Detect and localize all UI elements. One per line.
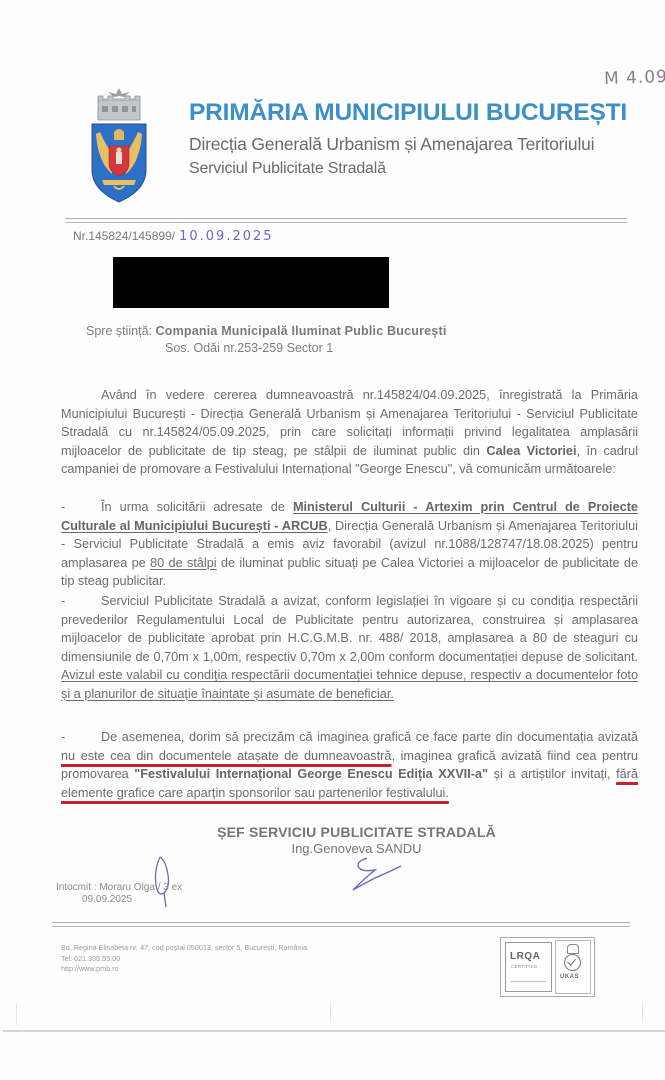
handwritten-initials-icon	[150, 853, 178, 909]
cc-address: Sos. Odăi nr.253-259 Sector 1	[165, 341, 333, 355]
header-divider	[65, 218, 627, 223]
ukas-badge: UKAS	[555, 940, 591, 994]
reference-number-text: Nr.145824/145899/	[73, 229, 175, 243]
scan-artifact	[330, 1003, 331, 1021]
festival-name: "Festivalului Internațional George Enesc…	[134, 767, 488, 781]
checkmark-circle-icon	[564, 954, 581, 971]
cc-name: Compania Municipală Iluminat Public Bucu…	[156, 324, 447, 338]
prepared-by: Intocmit : Moraru Olga / 3 ex	[56, 882, 182, 893]
page-bottom-edge	[3, 1030, 665, 1032]
redacted-recipient-block	[113, 257, 389, 308]
crown-icon	[567, 944, 579, 954]
lrqa-badge: LRQA CERTIFIED	[505, 942, 552, 992]
certification-badges: LRQA CERTIFIED UKAS	[500, 937, 595, 997]
red-underlined-statement-1: nu este cea din documentele atașate de d…	[61, 749, 391, 763]
body-paragraph-3: -Serviciul Publicitate Stradală a avizat…	[61, 592, 638, 704]
scan-artifact	[16, 1003, 17, 1025]
cc-line: Spre știință: Compania Municipală Ilumin…	[86, 324, 447, 338]
footer-contact: Bd. Regina Elisabeta nr. 47, cod poștal …	[61, 943, 307, 975]
service-name: Serviciul Publicitate Stradală	[189, 160, 386, 178]
signatory-name: Ing.Genoveva SANDU	[0, 841, 665, 856]
scan-artifact	[642, 1003, 643, 1021]
body-paragraph-2: -În urma solicitării adresate de Ministe…	[61, 498, 638, 591]
validity-condition: Avizul este valabil cu condiția respectă…	[61, 668, 638, 701]
handwritten-date: 10.09.2025	[179, 229, 273, 244]
handwritten-signature-icon	[345, 852, 405, 896]
handwritten-corner-note: M 4.09	[604, 67, 665, 89]
poles-count: 80 de stâlpi	[150, 556, 217, 570]
street-name: Calea Victoriei	[486, 444, 576, 458]
reference-number: Nr.145824/145899/10.09.2025	[73, 229, 274, 244]
body-paragraph-4: -De asemenea, dorim să precizăm că imagi…	[61, 728, 638, 802]
footer-phone: Tel: 021.305.55.00	[61, 954, 307, 965]
scanned-letter-page: M 4.09 PRIMĂRIA MUNICIPIULUI BUCUREȘTI D…	[0, 0, 665, 1080]
footer-address: Bd. Regina Elisabeta nr. 47, cod poștal …	[61, 943, 307, 954]
cc-label: Spre știință:	[86, 324, 152, 338]
signatory-title: ȘEF SERVICIU PUBLICITATE STRADALĂ	[0, 824, 665, 840]
footer-website[interactable]: http://www.pmb.ro	[61, 964, 307, 975]
footer-divider	[52, 922, 630, 927]
bucharest-coat-of-arms-icon	[90, 86, 148, 204]
directorate-name: Direcția Generală Urbanism și Amenajarea…	[189, 134, 594, 155]
prepared-date: 09.09.2025	[82, 894, 132, 905]
institution-title: PRIMĂRIA MUNICIPIULUI BUCUREȘTI	[189, 99, 627, 127]
body-paragraph-1: Având în vedere cererea dumneavoastră nr…	[61, 386, 638, 479]
